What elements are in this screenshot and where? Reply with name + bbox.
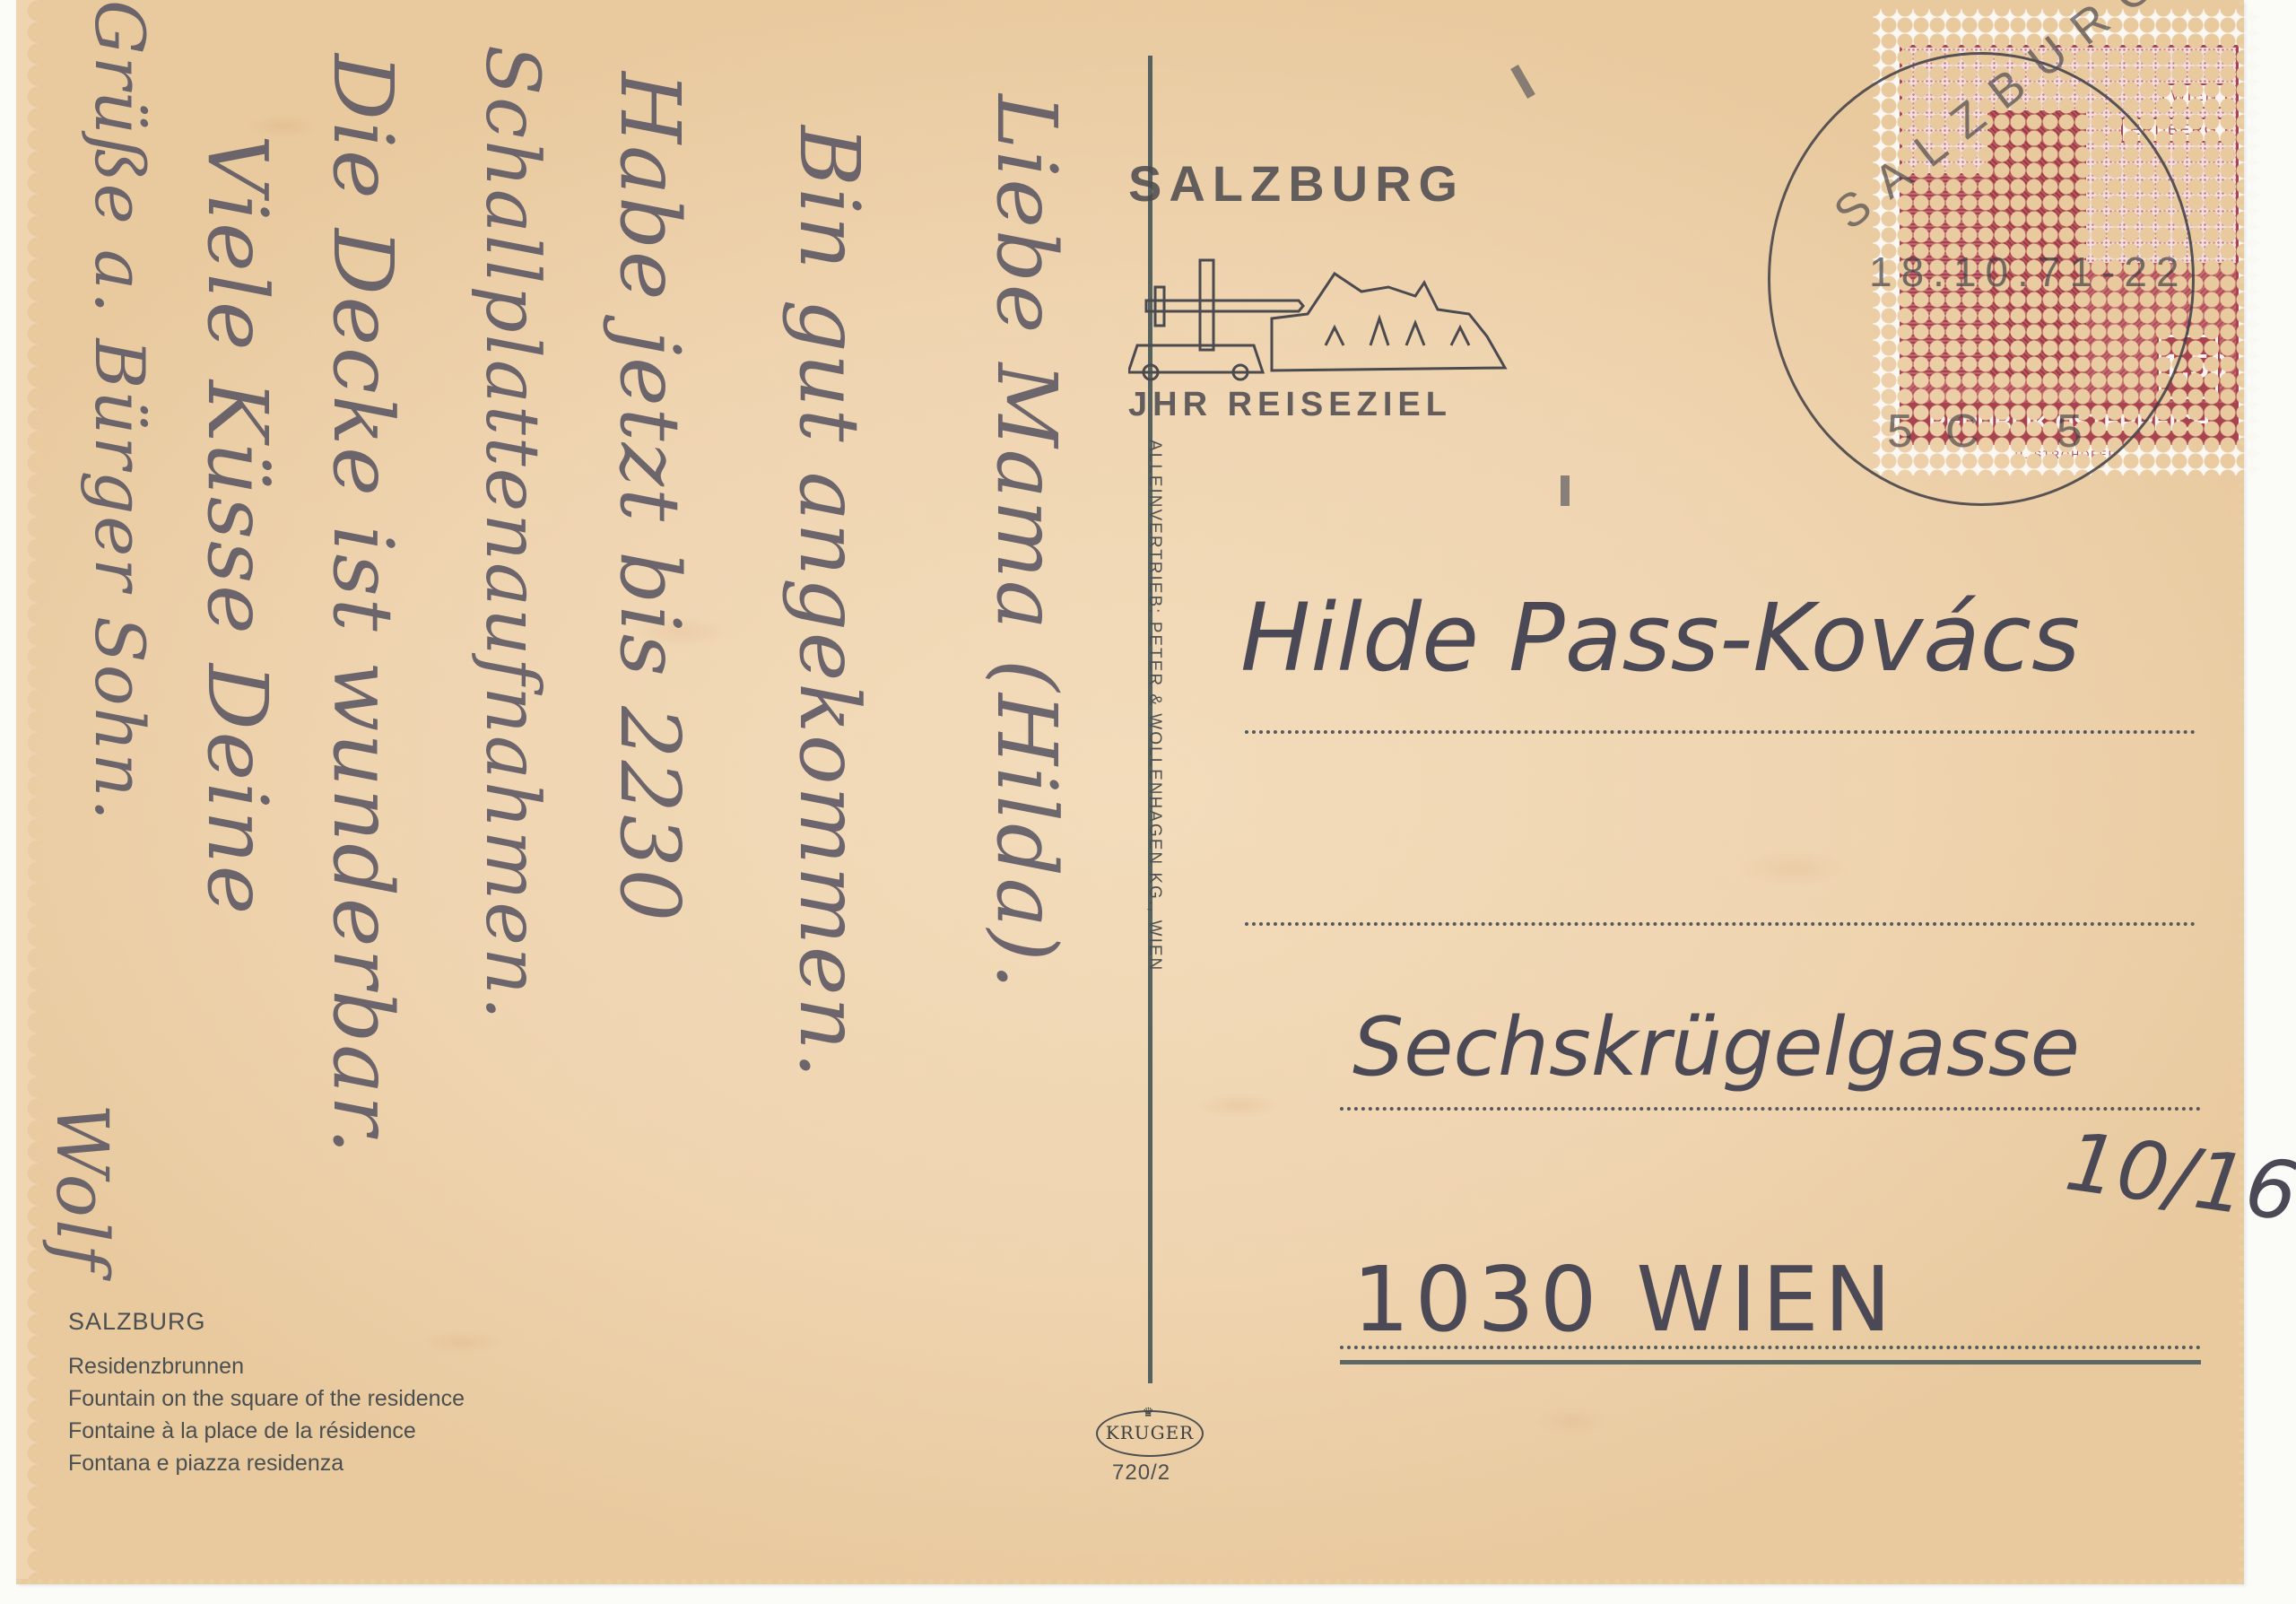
slogan-cancel: SALZBURG JHR REISEZIEL xyxy=(1128,144,1577,431)
address-line-3 xyxy=(1340,1107,2201,1111)
message-line: Viele Küsse Deine xyxy=(189,135,285,916)
corner-mark xyxy=(1561,475,1570,506)
caption-line: Fontana e piazza residenza xyxy=(68,1447,465,1479)
address-line-4 xyxy=(1340,1346,2201,1349)
address-underline xyxy=(1340,1360,2201,1364)
address-line-2 xyxy=(1245,922,2196,926)
postmark-code: 5C 5 xyxy=(1887,405,2115,458)
postcard-back: Liebe Mama (Hilda). Bin gut angekommen. … xyxy=(16,0,2244,1584)
bus-icon xyxy=(1128,345,1263,379)
caption-line: Fontaine à la place de la résidence xyxy=(68,1415,465,1447)
signature: Wolf xyxy=(40,1103,124,1272)
slogan-top-text: SALZBURG xyxy=(1128,154,1465,213)
address-house-number: 10/16 xyxy=(2060,1114,2296,1240)
stamp-label-city: WIEN xyxy=(2162,83,2227,109)
crown-icon: ♛ xyxy=(1143,1407,1155,1419)
caption-title: SALZBURG xyxy=(68,1305,465,1338)
caption-line: Fountain on the square of the residence xyxy=(68,1382,465,1415)
city-skyline-icon xyxy=(1128,211,1577,381)
publisher-logo: ♛ KRUGER xyxy=(1096,1410,1204,1457)
message-line: Die Decke ist wunderbar. xyxy=(315,54,411,1155)
airplane-icon xyxy=(1146,260,1303,350)
address-name: Hilde Pass-Kovács xyxy=(1240,583,2080,693)
message-line: Liebe Mama (Hilda). xyxy=(978,94,1074,991)
corner-mark xyxy=(1510,65,1535,99)
perforated-edge xyxy=(16,0,38,1579)
message-line: Habe jetzt bis 2230 xyxy=(602,72,698,923)
slogan-bottom-text: JHR REISEZIEL xyxy=(1128,386,1452,424)
caption-line: Residenzbrunnen xyxy=(68,1350,465,1382)
postmark: SALZBURG 18.10.71-22 5C 5 xyxy=(1768,52,2195,506)
message-line: Grüße a. Bürger Sohn. xyxy=(80,0,160,823)
address-city: 1030 WIEN xyxy=(1352,1247,1897,1352)
address-line-1 xyxy=(1245,730,2196,734)
address-street: Sechskrügelgasse xyxy=(1352,1000,2080,1094)
message-line: Schallplattenaufnahmen. xyxy=(469,45,554,1022)
publisher-text: ALLEINVERTRIEB: PETER & WOLLENHAGEN KG.,… xyxy=(1144,440,1164,972)
postmark-date: 18.10.71-22 xyxy=(1869,248,2188,296)
catalog-number: 720/2 xyxy=(1112,1460,1170,1486)
message-line: Bin gut angekommen. xyxy=(781,126,877,1080)
picture-caption: SALZBURG Residenzbrunnen Fountain on the… xyxy=(68,1305,465,1479)
